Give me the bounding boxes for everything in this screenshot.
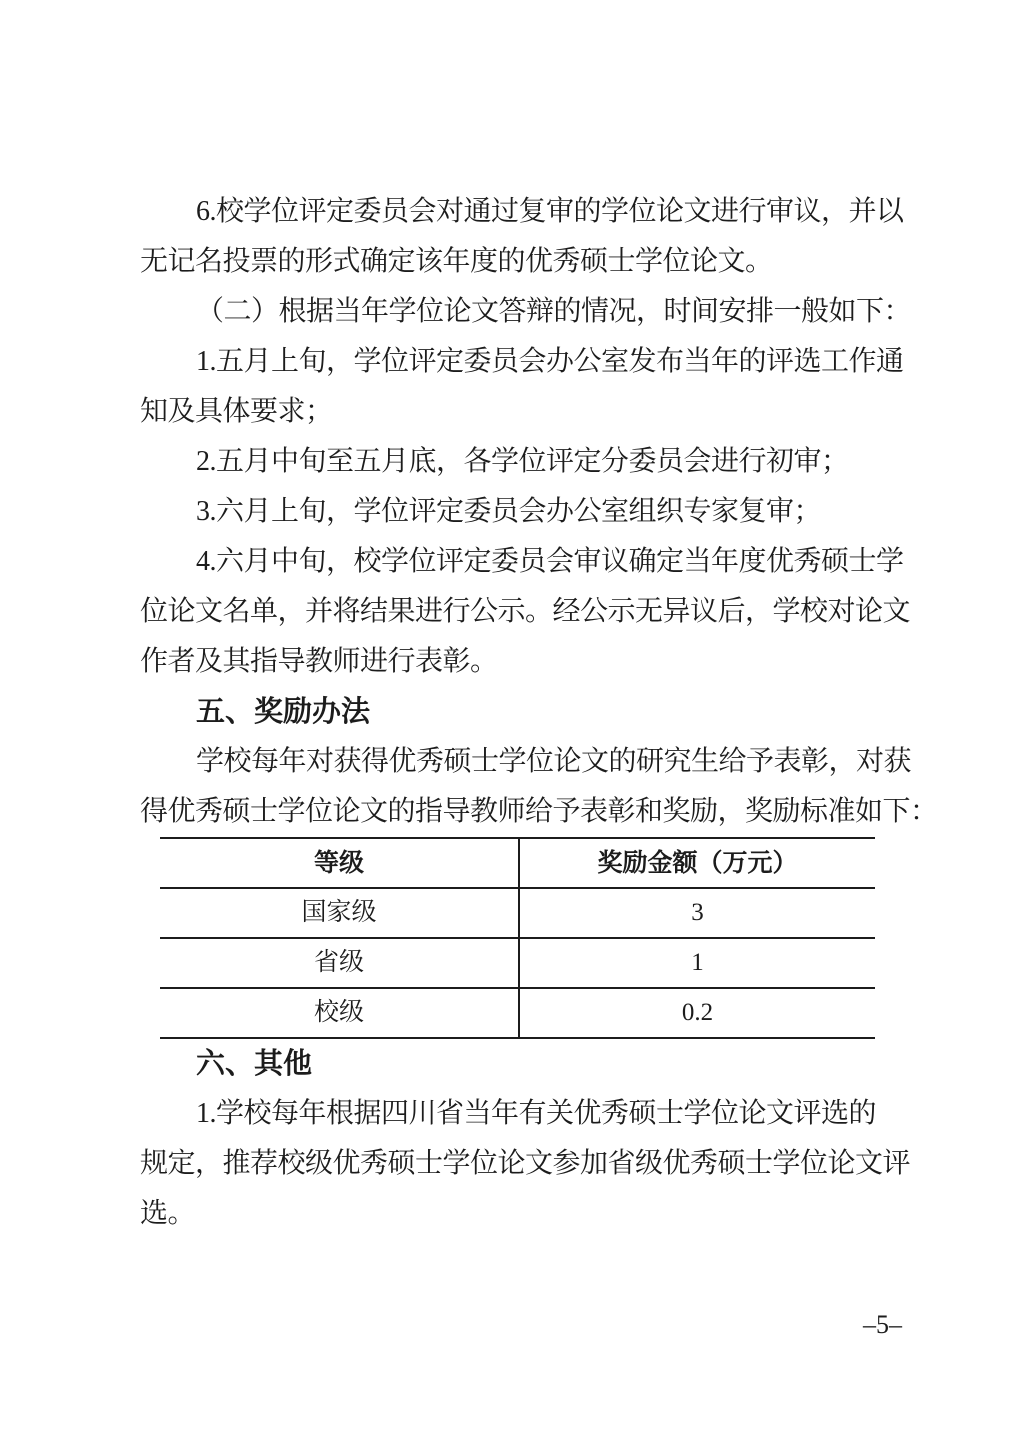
table-cell-amount: 3 <box>520 889 875 937</box>
section-heading-rewards: 五、奖励办法 <box>140 687 915 737</box>
text-line: 6.校学位评定委员会对通过复审的学位论文进行审议，并以 <box>140 187 915 237</box>
text-line: 1.五月上旬，学位评定委员会办公室发布当年的评选工作通 <box>140 337 915 387</box>
document-body: 6.校学位评定委员会对通过复审的学位论文进行审议，并以 无记名投票的形式确定该年… <box>140 187 915 1239</box>
table-header-amount: 奖励金额（万元） <box>520 839 875 887</box>
table-row: 省级 1 <box>160 937 875 987</box>
text-line: 规定，推荐校级优秀硕士学位论文参加省级优秀硕士学位论文评 <box>140 1139 915 1189</box>
table-cell-amount: 1 <box>520 939 875 987</box>
text-line: 2.五月中旬至五月底，各学位评定分委员会进行初审； <box>140 437 915 487</box>
table-row: 国家级 3 <box>160 887 875 937</box>
text-line: 4.六月中旬，校学位评定委员会审议确定当年度优秀硕士学 <box>140 537 915 587</box>
text-line: 1.学校每年根据四川省当年有关优秀硕士学位论文评选的 <box>140 1089 915 1139</box>
text-line: 选。 <box>140 1189 915 1239</box>
text-line: 作者及其指导教师进行表彰。 <box>140 637 915 687</box>
table-cell-grade: 校级 <box>160 989 520 1037</box>
text-line: 无记名投票的形式确定该年度的优秀硕士学位论文。 <box>140 237 915 287</box>
table-header-row: 等级 奖励金额（万元） <box>160 839 875 887</box>
page-number: –5– <box>863 1305 902 1345</box>
reward-table: 等级 奖励金额（万元） 国家级 3 省级 1 校级 0.2 <box>160 837 875 1039</box>
text-line: 3.六月上旬，学位评定委员会办公室组织专家复审； <box>140 487 915 537</box>
table-header-grade: 等级 <box>160 839 520 887</box>
table-cell-grade: 省级 <box>160 939 520 987</box>
table-cell-grade: 国家级 <box>160 889 520 937</box>
text-line: 位论文名单，并将结果进行公示。经公示无异议后，学校对论文 <box>140 587 915 637</box>
table-row: 校级 0.2 <box>160 987 875 1037</box>
section-heading-other: 六、其他 <box>140 1039 915 1089</box>
document-page: 6.校学位评定委员会对通过复审的学位论文进行审议，并以 无记名投票的形式确定该年… <box>0 0 1024 1448</box>
table-cell-amount: 0.2 <box>520 989 875 1037</box>
text-line: （二）根据当年学位论文答辩的情况，时间安排一般如下： <box>140 287 915 337</box>
text-line: 知及具体要求； <box>140 387 915 437</box>
text-line: 学校每年对获得优秀硕士学位论文的研究生给予表彰，对获 <box>140 737 915 787</box>
text-line: 得优秀硕士学位论文的指导教师给予表彰和奖励，奖励标准如下： <box>140 787 915 837</box>
